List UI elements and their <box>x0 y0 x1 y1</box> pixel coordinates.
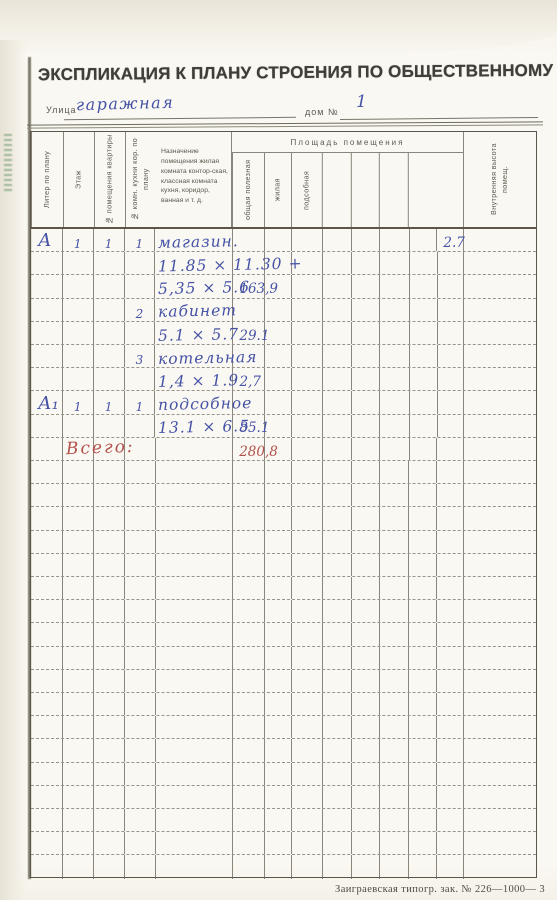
table-cell <box>31 670 63 692</box>
table-cell <box>352 484 380 506</box>
table-cell <box>410 368 438 390</box>
table-cell <box>292 600 323 622</box>
table-cell <box>292 484 323 506</box>
table-cell <box>464 531 536 553</box>
table-cell <box>464 809 536 831</box>
table-cell <box>125 832 156 854</box>
table-cell <box>380 693 410 715</box>
table-cell <box>265 600 292 622</box>
table-cell <box>292 391 323 413</box>
table-cell <box>380 763 410 785</box>
table-cell <box>410 345 438 367</box>
table-row: 3котельная <box>31 345 536 368</box>
table-cell <box>125 577 156 599</box>
table-cell <box>31 484 63 506</box>
table-cell <box>94 322 125 344</box>
table-cell <box>292 345 323 367</box>
table-cell <box>437 623 464 645</box>
table-cell <box>233 554 265 576</box>
handwritten-entry: А <box>34 232 52 250</box>
table-cell <box>292 809 323 831</box>
table-cell <box>94 507 125 529</box>
table-cell <box>156 763 234 785</box>
table-cell <box>352 693 380 715</box>
table-cell <box>409 786 437 808</box>
table-cell <box>31 322 63 344</box>
table-cell <box>352 647 380 669</box>
table-cell: А₁ <box>31 391 63 413</box>
table-cell <box>31 623 63 645</box>
table-cell <box>94 252 125 274</box>
table-cell <box>437 855 464 878</box>
table-cell <box>292 299 323 321</box>
table-row <box>31 716 536 739</box>
table-cell <box>380 461 410 483</box>
table-row <box>31 577 536 600</box>
table-cell: 1 <box>125 229 156 251</box>
table-cell <box>380 252 410 274</box>
table-cell <box>94 763 125 785</box>
table-cell <box>94 600 125 622</box>
table-cell <box>380 275 410 297</box>
table-cell <box>323 554 352 576</box>
table-cell <box>292 763 323 785</box>
table-cell <box>380 391 410 413</box>
table-cell <box>409 809 437 831</box>
table-cell <box>380 368 410 390</box>
table-cell <box>437 438 464 460</box>
table-cell <box>31 461 63 483</box>
table-cell <box>156 647 234 669</box>
table-cell <box>410 299 438 321</box>
table-cell <box>292 670 323 692</box>
table-cell <box>156 554 234 576</box>
handwritten-entry: 29.1 <box>236 330 269 344</box>
table-cell <box>352 855 380 878</box>
table-cell <box>156 670 234 692</box>
table-cell: 1 <box>94 391 125 413</box>
table-row: 2кабинет <box>31 299 536 322</box>
handwritten-entry: 1 <box>128 238 144 250</box>
table-cell <box>292 275 323 297</box>
table-cell <box>125 554 156 576</box>
address-line: Улица гаражная дом № 1 <box>0 94 557 122</box>
handwritten-entry: 1 <box>128 401 144 413</box>
table-cell <box>352 299 380 321</box>
table-cell <box>409 716 437 738</box>
table-cell <box>156 484 234 506</box>
table-cell <box>352 461 380 483</box>
table-cell <box>380 647 410 669</box>
table-cell <box>323 832 352 854</box>
table-cell <box>125 716 156 738</box>
table-cell <box>380 438 410 460</box>
table-cell <box>409 693 437 715</box>
table-cell <box>94 693 125 715</box>
table-cell <box>63 368 94 390</box>
table-cell <box>292 368 323 390</box>
table-cell <box>94 554 125 576</box>
table-cell <box>292 577 323 599</box>
table-cell <box>437 461 464 483</box>
house-number-handwritten: 1 <box>356 92 367 112</box>
table-cell <box>233 786 265 808</box>
table-cell <box>125 275 156 297</box>
street-value-handwritten: гаражная <box>76 93 175 115</box>
handwritten-entry: 163,9 <box>236 283 278 297</box>
table-cell <box>94 484 125 506</box>
table-cell <box>156 809 234 831</box>
table-cell <box>437 647 464 669</box>
table-cell: 5,35 × 5.6 <box>155 275 233 297</box>
table-cell <box>323 461 352 483</box>
table-cell <box>156 531 234 553</box>
table-cell <box>323 415 352 437</box>
table-cell <box>409 670 437 692</box>
table-cell <box>410 252 438 274</box>
handwritten-entry: 85.1 <box>236 422 269 436</box>
table-cell <box>63 809 94 831</box>
page-top-shadow <box>0 0 557 56</box>
handwritten-entry: магазин. <box>158 234 239 251</box>
table-cell: 1 <box>63 229 94 251</box>
table-cell <box>323 229 352 251</box>
table-row <box>31 600 536 623</box>
table-cell <box>125 647 156 669</box>
table-cell <box>265 739 292 761</box>
table-cell <box>31 275 63 297</box>
table-cell <box>292 415 323 437</box>
table-cell <box>94 461 125 483</box>
table-cell <box>380 716 410 738</box>
table-cell <box>380 809 410 831</box>
table-cell <box>94 299 125 321</box>
table-cell <box>233 461 265 483</box>
table-cell <box>437 693 464 715</box>
table-cell <box>323 670 352 692</box>
table-cell <box>265 554 292 576</box>
table-cell <box>323 809 352 831</box>
table-cell <box>410 275 438 297</box>
table-cell <box>31 647 63 669</box>
table-cell <box>94 670 125 692</box>
header-divider-rule <box>27 121 543 128</box>
table-cell <box>63 600 94 622</box>
table-cell <box>63 670 94 692</box>
table-cell <box>125 484 156 506</box>
table-cell <box>63 252 94 274</box>
table-cell <box>233 299 265 321</box>
table-cell <box>380 415 410 437</box>
table-cell: кабинет <box>155 299 233 321</box>
table-cell <box>352 832 380 854</box>
table-cell <box>409 554 437 576</box>
table-cell <box>464 438 536 460</box>
table-cell <box>31 531 63 553</box>
table-cell <box>380 322 410 344</box>
table-cell <box>292 554 323 576</box>
table-cell <box>352 716 380 738</box>
area-subheader-cell <box>436 153 463 227</box>
table-cell <box>464 345 536 367</box>
table-cell <box>265 647 292 669</box>
table-cell <box>156 739 234 761</box>
table-cell <box>323 252 352 274</box>
table-cell <box>265 716 292 738</box>
table-cell <box>380 577 410 599</box>
table-cell <box>265 832 292 854</box>
table-row <box>31 531 536 554</box>
table-row <box>31 855 536 878</box>
table-cell <box>233 670 265 692</box>
column-header-inner-height: Внутренняя высота помещ. <box>464 132 536 227</box>
table-cell <box>63 693 94 715</box>
column-header-room-number: № комн. кухни кор. по плану <box>125 132 156 227</box>
table-cell <box>323 739 352 761</box>
handwritten-entry: 1 <box>66 238 82 250</box>
table-row <box>31 809 536 832</box>
table-cell <box>31 786 63 808</box>
table-cell <box>292 229 323 251</box>
table-cell <box>380 531 410 553</box>
table-row: 5,35 × 5.6163,9 <box>31 275 536 298</box>
table-cell <box>410 438 438 460</box>
table-cell <box>409 739 437 761</box>
table-cell <box>352 600 380 622</box>
table-cell <box>464 855 536 878</box>
table-cell <box>156 438 234 460</box>
column-header-liter: Литер по плану <box>31 132 63 227</box>
table-cell <box>380 507 410 529</box>
street-label: Улица <box>46 105 77 115</box>
table-cell <box>233 716 265 738</box>
page-title: ЭКСПЛИКАЦИЯ К ПЛАНУ СТРОЕНИЯ ПО ОБЩЕСТВЕ… <box>38 61 550 85</box>
table-cell: 3 <box>125 345 156 367</box>
table-cell <box>63 763 94 785</box>
table-cell <box>94 647 125 669</box>
table-cell <box>352 577 380 599</box>
table-cell <box>438 275 465 297</box>
table-cell <box>292 716 323 738</box>
table-cell <box>323 275 352 297</box>
table-cell <box>323 345 352 367</box>
table-cell <box>352 415 380 437</box>
table-cell <box>156 832 234 854</box>
table-cell <box>352 438 380 460</box>
table-cell <box>156 623 234 645</box>
table-body: А111магазин.2.711.85 × 11.30 +5,35 × 5.6… <box>31 229 536 879</box>
table-cell <box>410 391 438 413</box>
table-cell <box>292 438 323 460</box>
table-row: А₁111подсобное <box>31 391 536 414</box>
table-cell <box>156 716 234 738</box>
table-cell <box>31 438 63 460</box>
table-cell <box>323 507 352 529</box>
table-cell <box>410 415 438 437</box>
table-row <box>31 507 536 530</box>
table-cell <box>233 507 265 529</box>
table-cell: 280,8 <box>233 438 265 460</box>
table-cell <box>156 786 234 808</box>
table-cell <box>63 855 94 878</box>
table-cell <box>125 623 156 645</box>
table-cell <box>63 345 94 367</box>
table-cell <box>125 252 156 274</box>
table-row: 5.1 × 5.729.1 <box>31 322 536 345</box>
table-cell <box>323 693 352 715</box>
table-cell <box>352 786 380 808</box>
handwritten-entry: Всего: <box>66 439 135 458</box>
table-cell <box>94 739 125 761</box>
table-cell <box>323 299 352 321</box>
table-cell: 1,4 × 1.9 <box>155 368 233 390</box>
house-number-underline <box>340 117 538 120</box>
table-cell: котельная <box>155 345 233 367</box>
table-cell <box>438 368 465 390</box>
table-cell <box>94 368 125 390</box>
table-cell <box>63 275 94 297</box>
table-cell <box>464 647 536 669</box>
table-cell <box>156 600 234 622</box>
handwritten-entry: 1,4 × 1.9 <box>158 373 239 390</box>
table-cell <box>63 322 94 344</box>
table-cell <box>63 623 94 645</box>
table-cell <box>292 461 323 483</box>
house-number-label: дом № <box>305 107 339 117</box>
table-cell <box>265 670 292 692</box>
table-cell <box>409 531 437 553</box>
explication-table: Литер по плану Этаж № помещения квартиры… <box>30 131 537 878</box>
handwritten-entry: 2,7 <box>236 376 260 390</box>
table-cell: 1 <box>63 391 94 413</box>
area-subheader-row: общая полезнаяжилаяподсобная <box>232 153 463 227</box>
table-cell <box>63 577 94 599</box>
column-header-purpose: Назначение помещения жилая комната конто… <box>156 132 232 227</box>
table-cell <box>233 623 265 645</box>
area-group-header: Площадь помещения общая полезнаяжилаяпод… <box>232 132 464 227</box>
table-cell: А <box>31 229 63 251</box>
table-cell <box>31 554 63 576</box>
table-cell <box>94 786 125 808</box>
table-cell <box>292 693 323 715</box>
table-cell <box>31 577 63 599</box>
table-cell <box>464 554 536 576</box>
table-cell <box>464 786 536 808</box>
table-cell <box>409 507 437 529</box>
table-cell <box>323 855 352 878</box>
table-cell <box>233 531 265 553</box>
table-cell <box>63 647 94 669</box>
table-cell <box>31 716 63 738</box>
table-cell <box>464 577 536 599</box>
table-cell: 2.7 <box>437 229 464 251</box>
table-cell <box>265 693 292 715</box>
table-cell <box>352 252 380 274</box>
table-cell <box>265 577 292 599</box>
table-cell <box>125 600 156 622</box>
handwritten-entry: подсобное <box>158 396 253 413</box>
table-cell <box>265 461 292 483</box>
table-cell <box>323 391 352 413</box>
table-cell <box>265 507 292 529</box>
table-cell <box>292 507 323 529</box>
table-cell <box>352 670 380 692</box>
area-subheader-cell: подсобная <box>291 153 322 227</box>
table-cell <box>380 484 410 506</box>
table-cell: Всего: <box>63 438 94 460</box>
table-cell <box>352 275 380 297</box>
table-cell <box>437 809 464 831</box>
table-cell <box>94 855 125 878</box>
table-cell <box>464 461 536 483</box>
table-cell <box>31 368 63 390</box>
table-cell <box>31 763 63 785</box>
table-row: Всего:280,8 <box>31 438 536 461</box>
table-cell <box>323 531 352 553</box>
table-cell <box>438 415 465 437</box>
table-cell <box>437 577 464 599</box>
table-cell <box>292 832 323 854</box>
table-cell <box>292 786 323 808</box>
table-row <box>31 461 536 484</box>
table-cell: 5.1 × 5.7 <box>155 322 233 344</box>
table-row: 13.1 × 6.585.1 <box>31 415 536 438</box>
handwritten-entry: 11.85 × 11.30 + <box>158 256 303 275</box>
table-cell <box>31 299 63 321</box>
area-group-title: Площадь помещения <box>232 132 463 153</box>
table-cell <box>464 623 536 645</box>
table-cell <box>94 809 125 831</box>
table-cell <box>464 299 536 321</box>
table-cell <box>125 763 156 785</box>
area-subheader-cell <box>379 153 409 227</box>
table-cell: 1 <box>125 391 156 413</box>
table-cell <box>352 809 380 831</box>
table-cell <box>31 415 63 437</box>
margin-bleed-through <box>4 133 12 191</box>
table-cell <box>352 322 380 344</box>
table-cell <box>409 855 437 878</box>
table-cell <box>265 855 292 878</box>
handwritten-entry: кабинет <box>158 303 237 320</box>
table-cell <box>437 484 464 506</box>
table-cell: 13.1 × 6.5 <box>155 415 233 437</box>
handwritten-entry: 1 <box>66 401 82 413</box>
table-cell <box>156 577 234 599</box>
table-cell <box>438 345 465 367</box>
table-cell <box>233 647 265 669</box>
table-cell <box>464 763 536 785</box>
table-cell <box>380 554 410 576</box>
table-cell: 2 <box>125 299 156 321</box>
table-row <box>31 763 536 786</box>
table-cell <box>380 670 410 692</box>
table-cell <box>380 299 410 321</box>
scanned-page: ЭКСПЛИКАЦИЯ К ПЛАНУ СТРОЕНИЯ ПО ОБЩЕСТВЕ… <box>0 0 557 900</box>
table-cell <box>437 507 464 529</box>
table-cell <box>437 554 464 576</box>
table-cell <box>31 600 63 622</box>
column-header-apartment-number: № помещения квартиры <box>94 132 125 227</box>
table-cell <box>94 716 125 738</box>
table-cell <box>380 345 410 367</box>
table-cell <box>265 786 292 808</box>
table-cell <box>464 415 536 437</box>
table-cell <box>323 322 352 344</box>
handwritten-entry: 2 <box>128 308 144 320</box>
table-row <box>31 832 536 855</box>
table-cell <box>409 832 437 854</box>
